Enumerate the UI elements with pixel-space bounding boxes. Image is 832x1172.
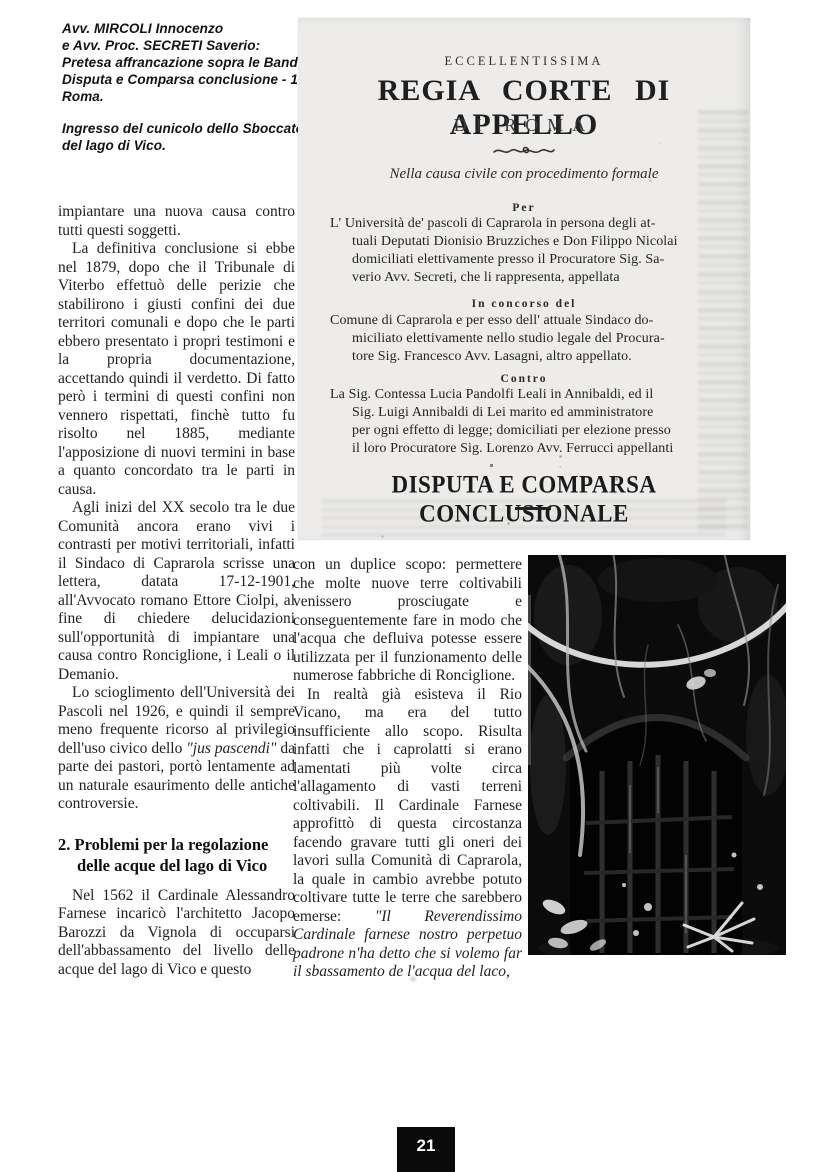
party-comune: Comune di Caprarola e per esso dell' att… xyxy=(330,312,706,366)
section-heading-contro: Contro xyxy=(298,373,750,385)
section-heading-in-concorso: In concorso del xyxy=(298,298,750,310)
page-number-box: 21 xyxy=(397,1127,455,1172)
section-heading-per: Per xyxy=(298,202,750,214)
latin-term-italic: "jus pascendi" xyxy=(186,740,276,757)
party-defendants: La Sig. Contessa Lucia Pandolfi Leali in… xyxy=(330,386,706,458)
cave-entrance-illustration xyxy=(528,555,786,955)
page: Avv. MIRCOLI Innocenzo e Avv. Proc. SECR… xyxy=(0,0,832,1172)
book-page: { "colors": { "page_background": "#fffff… xyxy=(0,0,832,1172)
middle-text-column: con un duplice scopo: permettere che mol… xyxy=(293,556,522,982)
margin-caption: Avv. MIRCOLI Innocenzo e Avv. Proc. SECR… xyxy=(62,20,324,169)
chapter-section-heading: 2. Problemi per la regolazione delle acq… xyxy=(58,834,295,876)
doc-kicker: ECCELLENTISSIMA xyxy=(298,54,750,69)
paragraph: La definitiva conclusione si ebbe nel 18… xyxy=(58,240,295,499)
paragraph: Agli inizi del XX secolo tra le due Comu… xyxy=(58,499,295,684)
left-text-column: impiantare una nuova causa contro tutti … xyxy=(58,203,295,979)
paragraph: In realtà già esisteva il Rio Vicano, ma… xyxy=(293,686,522,982)
paragraph: Lo scioglimento dell'Università dei Pasc… xyxy=(58,684,295,814)
paragraph: Nel 1562 il Cardinale Alessandro Farnese… xyxy=(58,887,295,980)
paragraph: impiantare una nuova causa contro tutti … xyxy=(58,203,295,240)
party-appellant: L' Università de' pascoli di Caprarola i… xyxy=(330,215,706,287)
doc-court-city: DI ROMA xyxy=(298,115,750,136)
heading-rule xyxy=(515,507,551,510)
print-artifact-dot xyxy=(408,975,418,983)
flourish-ornament-icon xyxy=(492,144,556,158)
paragraph-text: In realtà già esisteva il Rio Vicano, ma… xyxy=(293,686,522,925)
doc-main-heading: DISPUTA E COMPARSA CONCLUSIONALE xyxy=(298,470,750,528)
document-credit-note: Avv. MIRCOLI Innocenzo e Avv. Proc. SECR… xyxy=(62,20,324,105)
scan-noise-speckles xyxy=(298,18,299,19)
cave-entrance-photo xyxy=(528,555,786,955)
photo-caption-note: Ingresso del cunicolo dello Sboccatore d… xyxy=(62,120,324,154)
page-number: 21 xyxy=(417,1136,436,1155)
court-document-scan: ECCELLENTISSIMA REGIA CORTE DI APPELLO D… xyxy=(298,18,750,540)
case-intro-line: Nella causa civile con procedimento form… xyxy=(298,166,750,183)
paragraph: con un duplice scopo: permettere che mol… xyxy=(293,556,522,686)
